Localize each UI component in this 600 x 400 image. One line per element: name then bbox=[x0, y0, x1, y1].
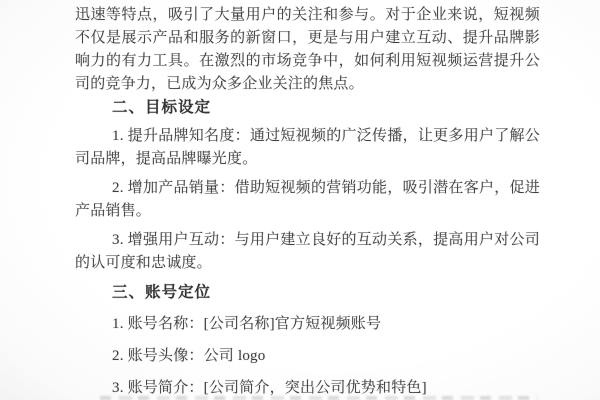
goal-item-user-interaction: 3. 增强用户互动：与用户建立良好的互动关系，提高用户对公司的认可度和忠诚度。 bbox=[75, 229, 540, 275]
goal-item-brand-awareness: 1. 提升品牌知名度：通过短视频的广泛传播，让更多用户了解公司品牌，提高品牌曝光… bbox=[75, 125, 540, 171]
document-content: 迅速等特点，吸引了大量用户的关注和参与。对于企业来说，短视频不仅是展示产品和服务… bbox=[75, 4, 540, 400]
scanned-document-page: 迅速等特点，吸引了大量用户的关注和参与。对于企业来说，短视频不仅是展示产品和服务… bbox=[0, 0, 600, 400]
goal-item-product-sales: 2. 增加产品销量：借助短视频的营销功能，吸引潜在客户，促进产品销售。 bbox=[75, 177, 540, 223]
section-heading-goals: 二、目标设定 bbox=[75, 96, 540, 119]
intro-paragraph: 迅速等特点，吸引了大量用户的关注和参与。对于企业来说，短视频不仅是展示产品和服务… bbox=[75, 4, 540, 96]
account-item-name: 1. 账号名称：[公司名称]官方短视频账号 bbox=[75, 313, 540, 336]
account-item-avatar: 2. 账号头像：公司 logo bbox=[75, 345, 540, 368]
clipped-next-line-fragment bbox=[100, 396, 538, 400]
section-heading-account-positioning: 三、账号定位 bbox=[75, 281, 540, 304]
